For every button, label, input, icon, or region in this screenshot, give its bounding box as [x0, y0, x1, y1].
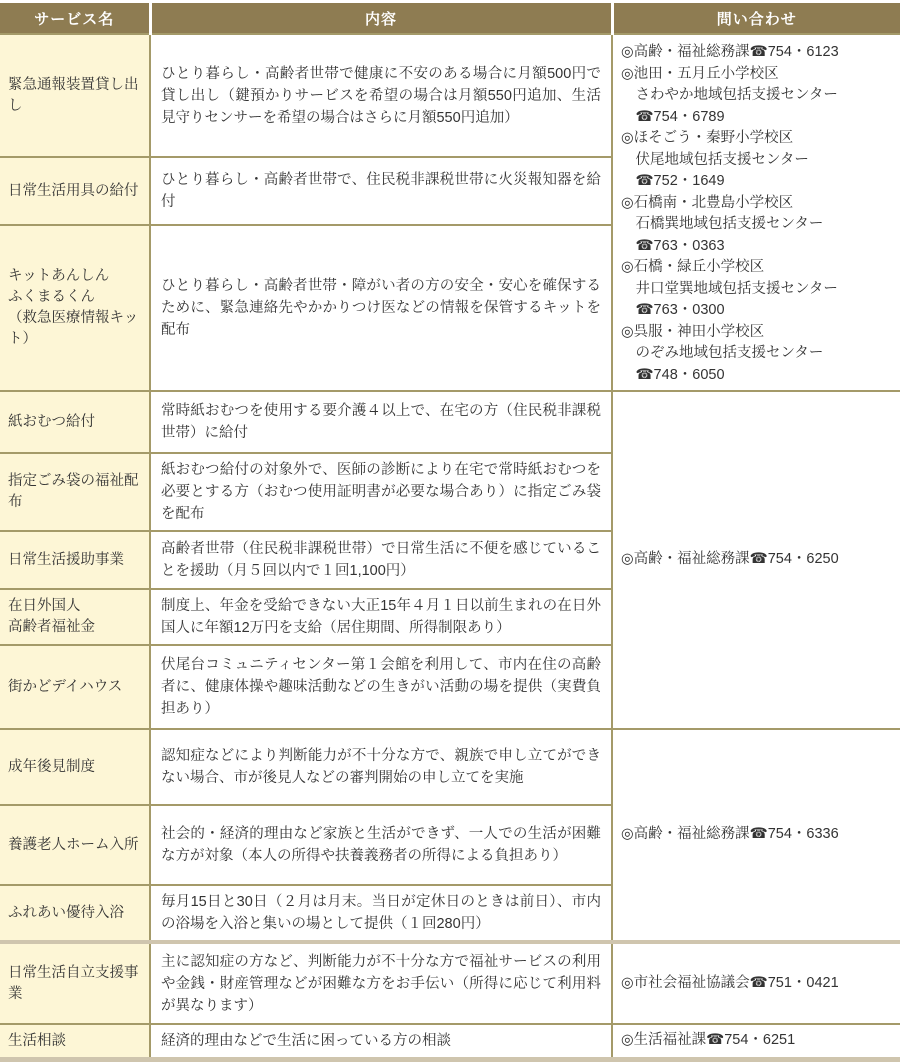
service-name-cell: 成年後見制度 [0, 729, 150, 805]
service-name-cell: 養護老人ホーム入所 [0, 805, 150, 885]
description-cell: ひとり暮らし・高齢者世帯で健康に不安のある場合に月額500円で貸し出し（鍵預かり… [150, 34, 612, 157]
service-name-cell: キットあんしんふくまるくん（救急医療情報キット） [0, 225, 150, 391]
contact-line: ☎748・6050 [621, 365, 896, 387]
service-name-cell: 在日外国人高齢者福祉金 [0, 589, 150, 645]
contact-line: 石橋巽地域包括支援センター [621, 214, 896, 236]
service-name-cell: 日常生活自立支援事業 [0, 942, 150, 1024]
column-header-description: 内容 [150, 3, 612, 34]
contact-line: ◎ほそごう・秦野小学校区 [621, 128, 896, 150]
contact-line: ☎754・6789 [621, 107, 896, 129]
service-name-cell: 街かどデイハウス [0, 645, 150, 729]
description-cell: 毎月15日と30日（２月は月末。当日が定休日のときは前日）、市内の浴場を入浴と集… [150, 885, 612, 942]
table-row: 生活相談経済的理由などで生活に困っている方の相談◎生活福祉課☎754・6251 [0, 1024, 900, 1060]
description-cell: 伏尾台コミュニティセンター第１会館を利用して、市内在住の高齢者に、健康体操や趣味… [150, 645, 612, 729]
contact-line: ◎高齢・福祉総務課☎754・6250 [621, 549, 896, 571]
contact-line: ◎生活福祉課☎754・6251 [621, 1030, 896, 1052]
description-cell: 主に認知症の方など、判断能力が不十分な方で福祉サービスの利用や金銭・財産管理など… [150, 942, 612, 1024]
contact-cell: ◎市社会福祉協議会☎751・0421 [612, 942, 900, 1024]
column-header-contact: 問い合わせ [612, 3, 900, 34]
contact-line: ◎高齢・福祉総務課☎754・6336 [621, 824, 896, 846]
contact-line: のぞみ地域包括支援センター [621, 343, 896, 365]
contact-line: ☎752・1649 [621, 171, 896, 193]
contact-line: 井口堂巽地域包括支援センター [621, 279, 896, 301]
contact-cell: ◎高齢・福祉総務課☎754・6123◎池田・五月丘小学校区 さわやか地域包括支援… [612, 34, 900, 391]
contact-line: 伏尾地域包括支援センター [621, 150, 896, 172]
contact-line: さわやか地域包括支援センター [621, 85, 896, 107]
service-name-cell: 指定ごみ袋の福祉配布 [0, 453, 150, 531]
table-row: 成年後見制度認知症などにより判断能力が不十分な方で、親族で申し立てができない場合… [0, 729, 900, 805]
service-name-cell: 紙おむつ給付 [0, 391, 150, 453]
header-row: サービス名 内容 問い合わせ [0, 3, 900, 34]
contact-line: ◎高齢・福祉総務課☎754・6123 [621, 42, 896, 64]
service-name-cell: ふれあい優待入浴 [0, 885, 150, 942]
service-name-cell: 緊急通報装置貸し出し [0, 34, 150, 157]
description-cell: ひとり暮らし・高齢者世帯・障がい者の方の安全・安心を確保するために、緊急連絡先や… [150, 225, 612, 391]
description-cell: ひとり暮らし・高齢者世帯で、住民税非課税世帯に火災報知器を給付 [150, 157, 612, 225]
table-row: 日常生活自立支援事業主に認知症の方など、判断能力が不十分な方で福祉サービスの利用… [0, 942, 900, 1024]
description-cell: 経済的理由などで生活に困っている方の相談 [150, 1024, 612, 1060]
table-row: 緊急通報装置貸し出しひとり暮らし・高齢者世帯で健康に不安のある場合に月額500円… [0, 34, 900, 157]
column-header-service: サービス名 [0, 3, 150, 34]
contact-cell: ◎生活福祉課☎754・6251 [612, 1024, 900, 1060]
contact-line: ◎石橋南・北豊島小学校区 [621, 193, 896, 215]
contact-cell: ◎高齢・福祉総務課☎754・6250 [612, 391, 900, 729]
description-cell: 制度上、年金を受給できない大正15年４月１日以前生まれの在日外国人に年額12万円… [150, 589, 612, 645]
contact-cell: ◎高齢・福祉総務課☎754・6336 [612, 729, 900, 942]
service-name-cell: 生活相談 [0, 1024, 150, 1060]
description-cell: 高齢者世帯（住民税非課税世帯）で日常生活に不便を感じていることを援助（月５回以内… [150, 531, 612, 589]
description-cell: 紙おむつ給付の対象外で、医師の診断により在宅で常時紙おむつを必要とする方（おむつ… [150, 453, 612, 531]
description-cell: 社会的・経済的理由など家族と生活ができず、一人での生活が困難な方が対象（本人の所… [150, 805, 612, 885]
contact-line: ◎池田・五月丘小学校区 [621, 64, 896, 86]
contact-line: ☎763・0363 [621, 236, 896, 258]
service-name-cell: 日常生活用具の給付 [0, 157, 150, 225]
table-row: 紙おむつ給付常時紙おむつを使用する要介護４以上で、在宅の方（住民税非課税世帯）に… [0, 391, 900, 453]
contact-line: ◎石橋・緑丘小学校区 [621, 257, 896, 279]
description-cell: 常時紙おむつを使用する要介護４以上で、在宅の方（住民税非課税世帯）に給付 [150, 391, 612, 453]
description-cell: 認知症などにより判断能力が不十分な方で、親族で申し立てができない場合、市が後見人… [150, 729, 612, 805]
service-name-cell: 日常生活援助事業 [0, 531, 150, 589]
contact-line: ◎呉服・神田小学校区 [621, 322, 896, 344]
contact-line: ☎763・0300 [621, 300, 896, 322]
services-table: サービス名 内容 問い合わせ 緊急通報装置貸し出しひとり暮らし・高齢者世帯で健康… [0, 3, 900, 1062]
contact-line: ◎市社会福祉協議会☎751・0421 [621, 973, 896, 995]
table-body: 緊急通報装置貸し出しひとり暮らし・高齢者世帯で健康に不安のある場合に月額500円… [0, 34, 900, 1060]
